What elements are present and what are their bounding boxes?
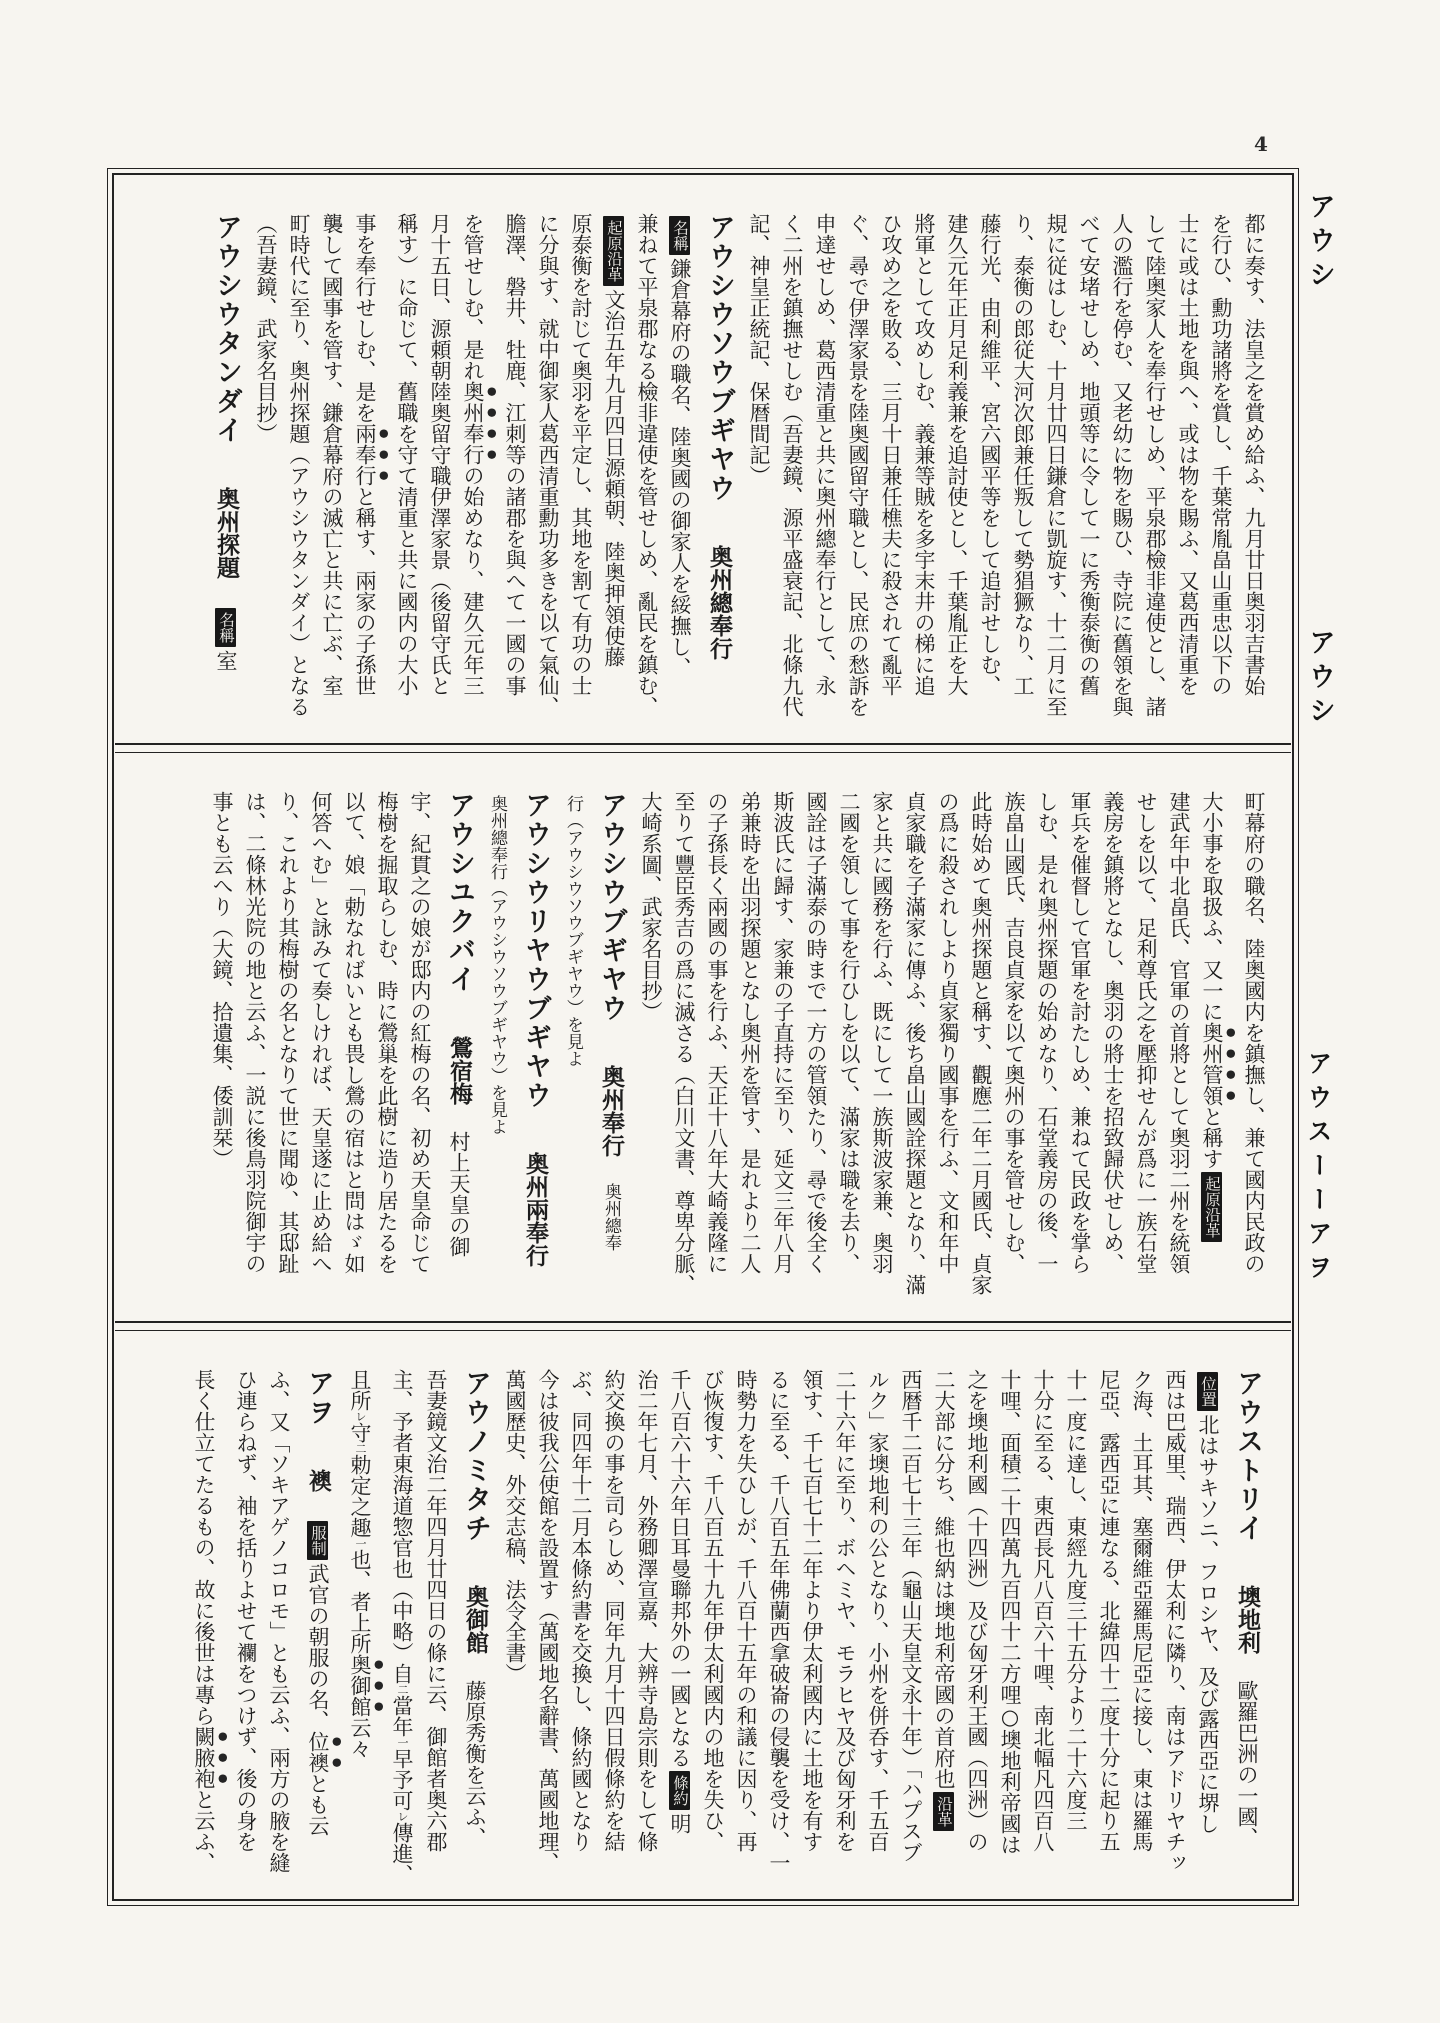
margin-guide-top: アウシ — [1300, 192, 1339, 294]
column-text: の始めなり、建久元年三 — [461, 465, 485, 696]
column-text: 傳進、 — [390, 1822, 414, 1885]
column-text: 族畠山國氏、吉良貞家を以て奥州の事を管せしむ、 — [1002, 791, 1026, 1274]
column-text: 規に従はしむ、十月廿四日鎌倉に凱旋す、十二月に至 — [1044, 213, 1068, 717]
text-column: 起原沿革文治五年九月四日源頼朝、陸奥押領使藤 — [597, 213, 630, 735]
column-text: 記、神皇正統記、保暦間記） — [747, 213, 771, 486]
headword-kana: アヲ — [303, 1369, 334, 1427]
column-text: く二州を鎮撫せしむ（吾妻鏡、源平盛衰記、北條九代 — [780, 213, 804, 717]
small-note: 奥州總奉 — [601, 1183, 621, 1251]
text-column: 原泰衡を討じて奥羽を平定し、其地を割て有功の士 — [564, 213, 597, 735]
text-column: 將軍として攻めしむ、義兼等賊を多宇末井の梯に追 — [907, 213, 940, 735]
entry-headword-column: アヲ襖服制武官の朝服の名、位襖とも云 — [295, 1369, 343, 1891]
text-column: り、泰衡の郎従大河次郎兼任叛して勢猖獗なり、工 — [1006, 213, 1039, 735]
text-column: 十分に至る、東西長凡八百六十哩、南北幅凡四百八 — [1026, 1369, 1059, 1891]
text-column: して陸奥家人を奉行せしめ、平泉郡檢非違使とし、諸 — [1138, 213, 1171, 735]
text-column: り、これより其梅樹の名となりて世に聞ゆ、其邸趾 — [271, 791, 304, 1313]
column-text: ぶ、同四年十二月本條約書を交換し、條約國となり — [569, 1369, 593, 1852]
column-text: 弟兼時を出羽探題となし奥州を管す、是れより二人 — [738, 791, 762, 1274]
column-text: 都に奏す、法皇之を賞め給ふ、九月廿日奥羽吉書始 — [1242, 213, 1266, 696]
headword-tail: 村上天皇の御 — [447, 1131, 471, 1257]
column-text: 尼亞、露西亞に連なる、北緯四十二度十分に起り五 — [1097, 1369, 1121, 1852]
column-text: 二大部に分ち、維也納は墺地利帝國の首府也 — [932, 1369, 956, 1789]
column-text: ルク」家墺地利の公となり、小州を併呑す、千五百 — [866, 1369, 890, 1852]
text-column: 都に奏す、法皇之を賞め給ふ、九月廿日奥羽吉書始 — [1237, 213, 1270, 735]
column-text: 梅樹を掘取らしむ、時に鶯巢を此樹に造り居たるを — [375, 791, 399, 1274]
column-text: 武官の朝服の名、 — [306, 1563, 330, 1731]
text-column: ふ、又「ソキアゲノコロモ」とも云ふ、兩方の腋を縫 — [262, 1369, 295, 1891]
entry-headword-column: アウシユクバイ鶯宿梅村上天皇の御 — [436, 791, 482, 1313]
text-column: 之を墺地利國（十四洲）及び匈牙利王國（四洲）の — [960, 1369, 993, 1891]
column-text: 原泰衡を討じて奥羽を平定し、其地を割て有功の士 — [569, 213, 593, 696]
text-column: 斯波氏に歸す、家兼の子直持に至り、延文三年八月 — [766, 791, 799, 1313]
column-text: 至りて豐臣秀吉の爲に滅さる（白川文書、尊卑分脈、 — [672, 791, 696, 1295]
section-label: 位置 — [1197, 1372, 1218, 1411]
text-column: 以て、娘「勅なればいとも畏し鶯の宿はと問はゞ如 — [337, 791, 370, 1313]
column-text: 村上天皇の御 — [447, 1131, 471, 1257]
text-column: 建久元年正月足利義兼を追討使とし、千葉胤正を大 — [940, 213, 973, 735]
text-column: 義房を鎮將となし、奥羽の將士を招致歸伏せしめ、 — [1096, 791, 1129, 1313]
column-text: 領す、千七百七十二年より伊太利國内に土地を有す — [800, 1369, 824, 1852]
column-text: 且所 — [348, 1369, 372, 1411]
headword-kanji: 奥州探題 — [213, 487, 240, 579]
text-column: 事とも云へり（大鏡、拾遺集、倭訓栞） — [205, 791, 238, 1313]
column-text: 斯波氏に歸す、家兼の子直持に至り、延文三年八月 — [771, 791, 795, 1274]
text-column: 申達せしめ、葛西清重と共に奥州總奉行として、永 — [808, 213, 841, 735]
column-text: 十一度に達し、東經九度三十五分より二十六度三 — [1064, 1369, 1088, 1831]
text-column: （吾妻鏡、武家名目抄） — [249, 213, 282, 735]
column-text: り、泰衡の郎従大河次郎兼任叛して勢猖獗なり、工 — [1011, 213, 1035, 696]
column-text: 十分に至る、東西長凡八百六十哩、南北幅凡四百八 — [1031, 1369, 1055, 1852]
section-label: 條約 — [669, 1771, 690, 1810]
text-column: ぐ、尋で伊澤家景を陸奥國留守職とし、民庶の愁訴を — [841, 213, 874, 735]
headword-tail: 藤原秀衡を云ふ、 — [463, 1680, 487, 1848]
headword-tail: 服制武官の朝服の名、位襖とも云 — [306, 1518, 330, 1836]
headword-kana: アウシウブギヤウ — [596, 791, 627, 1023]
cross-reference-column: 奥州總奉行（アウシウソウブギヤウ）を見よ — [482, 791, 512, 1313]
text-column: の爲に殺されしより貞家獨り國事を行ふ、文和年中 — [931, 791, 964, 1313]
margin-guide-middle: アウシ — [1300, 628, 1339, 730]
column-text: 建久元年正月足利義兼を追討使とし、千葉胤正を大 — [945, 213, 969, 696]
text-column: 吾妻鏡文治二年四月廿四日の條に云、御館者奥六郡 — [419, 1369, 452, 1891]
text-column: 何答へむ」と詠みて奏しければ、天皇遂に止め給へ — [304, 791, 337, 1313]
text-column: 今は彼我公使館を設置す（萬國地名辭書、萬國地理、 — [531, 1369, 564, 1891]
headword-kanji: 奥州兩奉行 — [522, 1152, 549, 1267]
text-column: を行ひ、勳功諸將を賞し、千葉常胤畠山重忠以下の — [1204, 213, 1237, 735]
text-column: 大小事を取扱ふ、又一に奥州管領と稱す起原沿革 — [1195, 791, 1237, 1313]
emphasized-term: 奥州管領 — [1200, 1022, 1224, 1106]
column-text: して陸奥家人を奉行せしめ、平泉郡檢非違使とし、諸 — [1143, 213, 1167, 717]
column-text: 建武年中北畠氏、官軍の首將として奥羽二州を統領 — [1167, 791, 1191, 1274]
column-text: の爲に殺されしより貞家獨り國事を行ふ、文和年中 — [936, 791, 960, 1274]
section-label: 沿革 — [933, 1792, 954, 1831]
kanbun-mark: 二 — [396, 1684, 409, 1695]
column-text: 也、者上所 — [348, 1549, 372, 1654]
column-text: ク海、土耳其、塞爾維亞羅馬尼亞に接し、東は羅馬 — [1130, 1369, 1154, 1852]
text-column: 時勢力を失ひしが、千八百十五年の和議に因り、再 — [729, 1369, 762, 1891]
headword-kana: アウシウリヤウブギヤウ — [520, 791, 551, 1110]
column-text: を行ひ、勳功諸將を賞し、千葉常胤畠山重忠以下の — [1209, 213, 1233, 696]
text-column: 大崎系圖、武家名目抄） — [634, 791, 667, 1313]
column-text: 此時始めて奥州探題と稱す、觀應二年二月國氏、貞家 — [969, 791, 993, 1295]
entry-headword-column: アウシウブギヤウ奥州奉行奥州總奉 — [588, 791, 634, 1313]
column-text: 大崎系圖、武家名目抄） — [639, 791, 663, 1022]
entry-headword-column: アウノミタチ奥御館藤原秀衡を云ふ、 — [452, 1369, 498, 1891]
column-text: 室 — [214, 650, 238, 671]
band-divider — [115, 743, 1291, 753]
content-frame: 都に奏す、法皇之を賞め給ふ、九月廿日奥羽吉書始を行ひ、勳功諸將を賞し、千葉常胤畠… — [107, 168, 1299, 1906]
band-middle: 町幕府の職名、陸奥國内を鎮撫し、兼て國内民政の大小事を取扱ふ、又一に奥州管領と稱… — [114, 753, 1292, 1321]
text-column: 名稱鎌倉幕府の職名、陸奥國の御家人を綏撫し、 — [663, 213, 696, 735]
section-label: 起原沿革 — [603, 216, 624, 286]
column-text: 襲して國事を管す、鎌倉幕府の滅亡と共に亡ぶ、室 — [320, 213, 344, 696]
column-text: 以て、娘「勅なればいとも畏し鶯の宿はと問はゞ如 — [342, 791, 366, 1274]
column-text: に分與す、就中御家人葛西清重勳功多きを以て氣仙、 — [536, 213, 560, 717]
text-column: 二十六年に至り、ボヘミヤ、モラヒヤ及び匈牙利を — [828, 1369, 861, 1891]
section-label: 起原沿革 — [1201, 1172, 1222, 1242]
column-text: 北はサキソニ、フロシヤ、及び露西亞に堺し — [1196, 1414, 1220, 1834]
column-text: べて安堵せしめ、地頭等に令して一に秀衡泰衡の舊 — [1077, 213, 1101, 696]
text-column: 位置北はサキソニ、フロシヤ、及び露西亞に堺し — [1191, 1369, 1224, 1891]
column-text: 時勢力を失ひしが、千八百十五年の和議に因り、再 — [734, 1369, 758, 1852]
column-text: 萬國歷史、外交志稿、法令全書） — [503, 1369, 527, 1684]
text-column: 二國を領して事を行ひしを以て、滿家は職を去り、 — [832, 791, 865, 1313]
headword-kanji: 奥州總奉行 — [706, 545, 733, 660]
column-text: しむ、是れ奥州探題の始めなり、石堂義房の後、一 — [1035, 791, 1059, 1274]
text-column: 且所レ守二勅定之趣一也、者上所奥御館云々 — [343, 1369, 385, 1891]
column-text: 之を墺地利國（十四洲）及び匈牙利王國（四洲）の — [965, 1369, 989, 1852]
emphasized-term: 奥御館 — [348, 1654, 372, 1717]
column-text: 歐羅巴洲の一國、 — [1235, 1680, 1259, 1848]
column-text: 鎌倉幕府の職名、陸奥國の御家人を綏撫し、 — [668, 258, 692, 678]
text-column: 西暦千二百七十三年（龜山天皇文永十年）「ハプスブ — [894, 1369, 927, 1891]
text-column: く二州を鎮撫せしむ（吾妻鏡、源平盛衰記、北條九代 — [775, 213, 808, 735]
text-column: 此時始めて奥州探題と稱す、觀應二年二月國氏、貞家 — [964, 791, 997, 1313]
emphasized-term: 闕腋袍 — [192, 1726, 216, 1789]
column-text: と稱す — [1200, 1106, 1224, 1169]
text-column: 士に或は土地を與へ、或は物を賜ふ、又葛西清重を — [1171, 213, 1204, 735]
column-text: 千八百六十六年日耳曼聯邦外の一國となる — [668, 1369, 692, 1768]
text-column: 事を奉行せしむ、是を兩奉行と稱す、兩家の子孫世 — [348, 213, 390, 735]
column-text: 二國を領して事を行ひしを以て、滿家は職を去り、 — [837, 791, 861, 1274]
column-text: り、これより其梅樹の名となりて世に聞ゆ、其邸趾 — [276, 791, 300, 1274]
text-column: ク海、土耳其、塞爾維亞羅馬尼亞に接し、東は羅馬 — [1125, 1369, 1158, 1891]
headword-kana: アウストリイ — [1232, 1369, 1263, 1543]
column-text: 西暦千二百七十三年（龜山天皇文永十年）「ハプスブ — [899, 1369, 923, 1863]
text-column: の子孫長く兩國の事を行ふ、天正十八年大崎義隆に — [700, 791, 733, 1313]
text-column: ひ攻め之を敗る、三月十日兼任樵夫に殺されて亂平 — [874, 213, 907, 735]
column-text: 藤原秀衡を云ふ、 — [463, 1680, 487, 1848]
column-text: 義房を鎮將となし、奥羽の將士を招致歸伏せしめ、 — [1101, 791, 1125, 1274]
column-text: 士に或は土地を與へ、或は物を賜ふ、又葛西清重を — [1176, 213, 1200, 696]
text-column: 西は巴威里、瑞西、伊太利に隣り、南はアドリヤチッ — [1158, 1369, 1191, 1891]
kanbun-mark: レ — [396, 1811, 409, 1822]
frame-inner-border: 都に奏す、法皇之を賞め給ふ、九月廿日奥羽吉書始を行ひ、勳功諸將を賞し、千葉常胤畠… — [112, 173, 1294, 1901]
column-text: 十哩、面積二十四萬九百四十二方哩○墺地利帝國は — [998, 1369, 1022, 1855]
text-column: 軍兵を催督して官軍を討たしめ、兼ねて民政を掌ら — [1063, 791, 1096, 1313]
text-column: 月十五日、源頼朝陸奥留守職伊澤家景（後留守氏と — [423, 213, 456, 735]
headword-kana: アウシユクバイ — [444, 791, 475, 994]
column-text: ぐ、尋で伊澤家景を陸奥國留守職とし、民庶の愁訴を — [846, 213, 870, 717]
text-column: 主、予者東海道惣官也（中略）自二當年一早予可レ傳進、 — [385, 1369, 419, 1891]
text-column: ルク」家墺地利の公となり、小州を併呑す、千五百 — [861, 1369, 894, 1891]
column-text: 明 — [668, 1813, 692, 1834]
text-column: 族畠山國氏、吉良貞家を以て奥州の事を管せしむ、 — [997, 791, 1030, 1313]
kanbun-mark: レ — [354, 1411, 367, 1422]
text-column: を管せしむ、是れ奥州奉行の始めなり、建久元年三 — [456, 213, 498, 735]
band-divider — [115, 1321, 1291, 1331]
text-column: 宇、紀貫之の娘が邸内の紅梅の名、初め天皇命じて — [403, 791, 436, 1313]
column-text: 將軍として攻めしむ、義兼等賊を多宇末井の梯に追 — [912, 213, 936, 696]
column-text: 事とも云へり（大鏡、拾遺集、倭訓栞） — [210, 791, 234, 1169]
column-text: るに至る、千八百五年佛蘭西拿破崙の侵襲を受け、一 — [767, 1369, 791, 1873]
headword-kanji: 襖 — [305, 1469, 332, 1492]
text-column: ひ連らねず、袖を括りよせて襴をつけず、後の身を — [229, 1369, 262, 1891]
column-text: 事を奉行せしむ、是を — [353, 213, 377, 423]
text-column: せしを以て、足利尊氏之を壓抑せんが爲に一族石堂 — [1129, 791, 1162, 1313]
entry-headword-column: アウシウソウブギヤウ奥州總奉行 — [696, 213, 742, 735]
column-text: 主、予者東海道惣官也（中略）自 — [390, 1369, 414, 1684]
text-column: 至りて豐臣秀吉の爲に滅さる（白川文書、尊卑分脈、 — [667, 791, 700, 1313]
headword-kanji: 奥御館 — [462, 1585, 489, 1654]
headword-kana: アウシウタンダイ — [211, 213, 242, 445]
column-text: せしを以て、足利尊氏之を壓抑せんが爲に一族石堂 — [1134, 791, 1158, 1274]
text-column: は、二條林光院の地と云ふ、一説に後鳥羽院御宇の — [238, 791, 271, 1313]
column-text: 守 — [348, 1422, 372, 1443]
column-text: 稱す）に命じて、舊職を守て清重と共に國内の大小 — [395, 213, 419, 696]
column-text: 町幕府の職名、陸奥國内を鎮撫し、兼て國内民政の — [1242, 791, 1266, 1274]
text-column: 約交換の事を司らしめ、同年九月十四日假條約を結 — [597, 1369, 630, 1891]
headword-kanji: 奥州奉行 — [598, 1065, 625, 1157]
headword-tail: 歐羅巴洲の一國、 — [1235, 1680, 1259, 1848]
text-column: に分與す、就中御家人葛西清重勳功多きを以て氣仙、 — [531, 213, 564, 735]
text-column: 十一度に達し、東經九度三十五分より二十六度三 — [1059, 1369, 1092, 1891]
text-column: 貞家職を子滿家に傳ふ、後ち畠山國詮探題となり、滿 — [898, 791, 931, 1313]
text-column: 膽澤、磐井、牡鹿、江刺等の諸郡を與へて一國の事 — [498, 213, 531, 735]
text-column: 尼亞、露西亞に連なる、北緯四十二度十分に起り五 — [1092, 1369, 1125, 1891]
column-text: 貞家職を子滿家に傳ふ、後ち畠山國詮探題となり、滿 — [903, 791, 927, 1295]
column-text: び恢復す、千八百五十九年伊太利國内の地を失ひ、 — [701, 1369, 725, 1852]
column-text: （吾妻鏡、武家名目抄） — [254, 213, 278, 444]
column-text: 吾妻鏡文治二年四月廿四日の條に云、御館者奥六郡 — [424, 1369, 448, 1852]
column-text: ふ、又「ソキアゲノコロモ」とも云ふ、兩方の腋を縫 — [267, 1369, 291, 1873]
column-text: 西は巴威里、瑞西、伊太利に隣り、南はアドリヤチッ — [1163, 1369, 1187, 1873]
text-column: 萬國歷史、外交志稿、法令全書） — [498, 1369, 531, 1891]
kanbun-mark: 一 — [354, 1538, 367, 1549]
text-column: 千八百六十六年日耳曼聯邦外の一國となる條約明 — [663, 1369, 696, 1891]
column-text: 約交換の事を司らしめ、同年九月十四日假條約を結 — [602, 1369, 626, 1852]
text-column: 長く仕立てたるもの、故に後世は專ら闕腋袍と云ふ、 — [187, 1369, 229, 1891]
page: 4 アウシ アウシ アウスーーアヲ 都に奏す、法皇之を賞め給ふ、九月廿日奥羽吉書… — [0, 0, 1440, 2023]
text-column: 二大部に分ち、維也納は墺地利帝國の首府也沿革 — [927, 1369, 960, 1891]
text-column: 家と共に國務を行ふ、既にして一族斯波家兼、奥羽 — [865, 791, 898, 1313]
text-column: 建武年中北畠氏、官軍の首將として奥羽二州を統領 — [1162, 791, 1195, 1313]
column-text: は、二條林光院の地と云ふ、一説に後鳥羽院御宇の — [243, 791, 267, 1274]
column-text: 兼ねて平泉郡なる檢非違使を管せしめ、亂民を鎮む、 — [635, 213, 659, 717]
column-text: 藤行光、由利維平、宮六國平等をして追討せしむ、 — [978, 213, 1002, 696]
text-column: 稱す）に命じて、舊職を守て清重と共に國内の大小 — [390, 213, 423, 735]
column-text: 文治五年九月四日源頼朝、陸奥押領使藤 — [602, 289, 626, 667]
column-text: 軍兵を催督して官軍を討たしめ、兼ねて民政を掌ら — [1068, 791, 1092, 1274]
margin-guide-bottom: アウスーーアヲ — [1300, 1050, 1336, 1288]
text-column: び恢復す、千八百五十九年伊太利國内の地を失ひ、 — [696, 1369, 729, 1891]
text-column: るに至る、千八百五年佛蘭西拿破崙の侵襲を受け、一 — [762, 1369, 795, 1891]
entry-headword-column: アウシウタンダイ奥州探題名稱室 — [203, 213, 249, 735]
headword-kana: アウノミタチ — [460, 1369, 491, 1543]
column-text: 二十六年に至り、ボヘミヤ、モラヒヤ及び匈牙利を — [833, 1369, 857, 1852]
text-column: 國詮は子滿泰の時まで一方の管領たり、尋で後全く — [799, 791, 832, 1313]
column-text: と云ふ、 — [192, 1789, 216, 1873]
column-text: 奥州總奉行（アウシウソウブギヤウ）を見よ — [487, 795, 507, 1135]
column-text: 町時代に至り、奥州探題（アウシウタンダイ）となる — [287, 213, 311, 717]
text-column: 治二年七月、外務卿澤宣嘉、大辨寺島宗則をして條 — [630, 1369, 663, 1891]
text-column: 人の濫行を停む、又老幼に物を賜ひ、寺院に舊領を與 — [1105, 213, 1138, 735]
section-label: 名稱 — [669, 216, 690, 255]
page-number: 4 — [1254, 132, 1268, 156]
column-text: 行（アウシウソウブギヤウ）を見よ — [563, 795, 583, 1067]
column-text: の子孫長く兩國の事を行ふ、天正十八年大崎義隆に — [705, 791, 729, 1274]
text-column: 領す、千七百七十二年より伊太利國内に土地を有す — [795, 1369, 828, 1891]
band-bottom: アウストリイ墺地利歐羅巴洲の一國、位置北はサキソニ、フロシヤ、及び露西亞に堺し西… — [114, 1331, 1292, 1899]
text-column: 町幕府の職名、陸奥國内を鎮撫し、兼て國内民政の — [1237, 791, 1270, 1313]
text-column: 弟兼時を出羽探題となし奥州を管す、是れより二人 — [733, 791, 766, 1313]
text-column: 藤行光、由利維平、宮六國平等をして追討せしむ、 — [973, 213, 1006, 735]
entry-headword-column: アウストリイ墺地利歐羅巴洲の一國、 — [1224, 1369, 1270, 1891]
emphasized-term: 兩奉行 — [353, 423, 377, 486]
headword-kanji: 鶯宿梅 — [446, 1036, 473, 1105]
band-top: 都に奏す、法皇之を賞め給ふ、九月廿日奥羽吉書始を行ひ、勳功諸將を賞し、千葉常胤畠… — [114, 175, 1292, 743]
column-text: と稱す、兩家の子孫世 — [353, 486, 377, 696]
headword-tail: 奥州總奉 — [599, 1183, 623, 1251]
section-label: 服制 — [307, 1521, 328, 1560]
column-text: 治二年七月、外務卿澤宣嘉、大辨寺島宗則をして條 — [635, 1369, 659, 1852]
column-text: 今は彼我公使館を設置す（萬國地名辭書、萬國地理、 — [536, 1369, 560, 1873]
text-column: べて安堵せしめ、地頭等に令して一に秀衡泰衡の舊 — [1072, 213, 1105, 735]
text-column: 規に従はしむ、十月廿四日鎌倉に凱旋す、十二月に至 — [1039, 213, 1072, 735]
column-text: 宇、紀貫之の娘が邸内の紅梅の名、初め天皇命じて — [408, 791, 432, 1274]
column-text: 人の濫行を停む、又老幼に物を賜ひ、寺院に舊領を與 — [1110, 213, 1134, 717]
text-column: 梅樹を掘取らしむ、時に鶯巢を此樹に造り居たるを — [370, 791, 403, 1313]
text-column: 襲して國事を管す、鎌倉幕府の滅亡と共に亡ぶ、室 — [315, 213, 348, 735]
text-column: ぶ、同四年十二月本條約書を交換し、條約國となり — [564, 1369, 597, 1891]
column-text: とも云 — [306, 1773, 330, 1836]
text-column: しむ、是れ奥州探題の始めなり、石堂義房の後、一 — [1030, 791, 1063, 1313]
column-text: を管せしむ、是れ — [461, 213, 485, 381]
section-label: 名稱 — [215, 608, 236, 647]
kanbun-mark: 一 — [396, 1737, 409, 1748]
headword-kana: アウシウソウブギヤウ — [704, 213, 735, 503]
headword-tail: 名稱室 — [214, 605, 238, 671]
column-text: 申達せしめ、葛西清重と共に奥州總奉行として、永 — [813, 213, 837, 696]
column-text: 何答へむ」と詠みて奏しければ、天皇遂に止め給へ — [309, 791, 333, 1274]
headword-kanji: 墺地利 — [1234, 1585, 1261, 1654]
text-column: 兼ねて平泉郡なる檢非違使を管せしめ、亂民を鎮む、 — [630, 213, 663, 735]
text-column: 町時代に至り、奥州探題（アウシウタンダイ）となる — [282, 213, 315, 735]
kanbun-mark: 二 — [354, 1443, 367, 1454]
emphasized-term: 位襖 — [306, 1731, 330, 1773]
column-text: 當年 — [390, 1695, 414, 1737]
emphasized-term: 奥州奉行 — [461, 381, 485, 465]
column-text: ひ連らねず、袖を括りよせて襴をつけず、後の身を — [234, 1369, 258, 1852]
column-text: 云々 — [348, 1717, 372, 1759]
column-text: 膽澤、磐井、牡鹿、江刺等の諸郡を與へて一國の事 — [503, 213, 527, 696]
column-text: 早予可 — [390, 1748, 414, 1811]
entry-headword-column: アウシウリヤウブギヤウ奥州兩奉行 — [512, 791, 558, 1313]
column-text: 勅定之趣 — [348, 1454, 372, 1538]
column-text: ひ攻め之を敗る、三月十日兼任樵夫に殺されて亂平 — [879, 213, 903, 696]
column-text: 月十五日、源頼朝陸奥留守職伊澤家景（後留守氏と — [428, 213, 452, 696]
column-text: 家と共に國務を行ふ、既にして一族斯波家兼、奥羽 — [870, 791, 894, 1274]
text-column: 記、神皇正統記、保暦間記） — [742, 213, 775, 735]
cross-reference-column: 行（アウシウソウブギヤウ）を見よ — [558, 791, 588, 1313]
column-text: 國詮は子滿泰の時まで一方の管領たり、尋で後全く — [804, 791, 828, 1274]
column-text: 長く仕立てたるもの、故に後世は專ら — [192, 1369, 216, 1726]
column-text: 大小事を取扱ふ、又一に — [1200, 791, 1224, 1022]
text-column: 十哩、面積二十四萬九百四十二方哩○墺地利帝國は — [993, 1369, 1026, 1891]
